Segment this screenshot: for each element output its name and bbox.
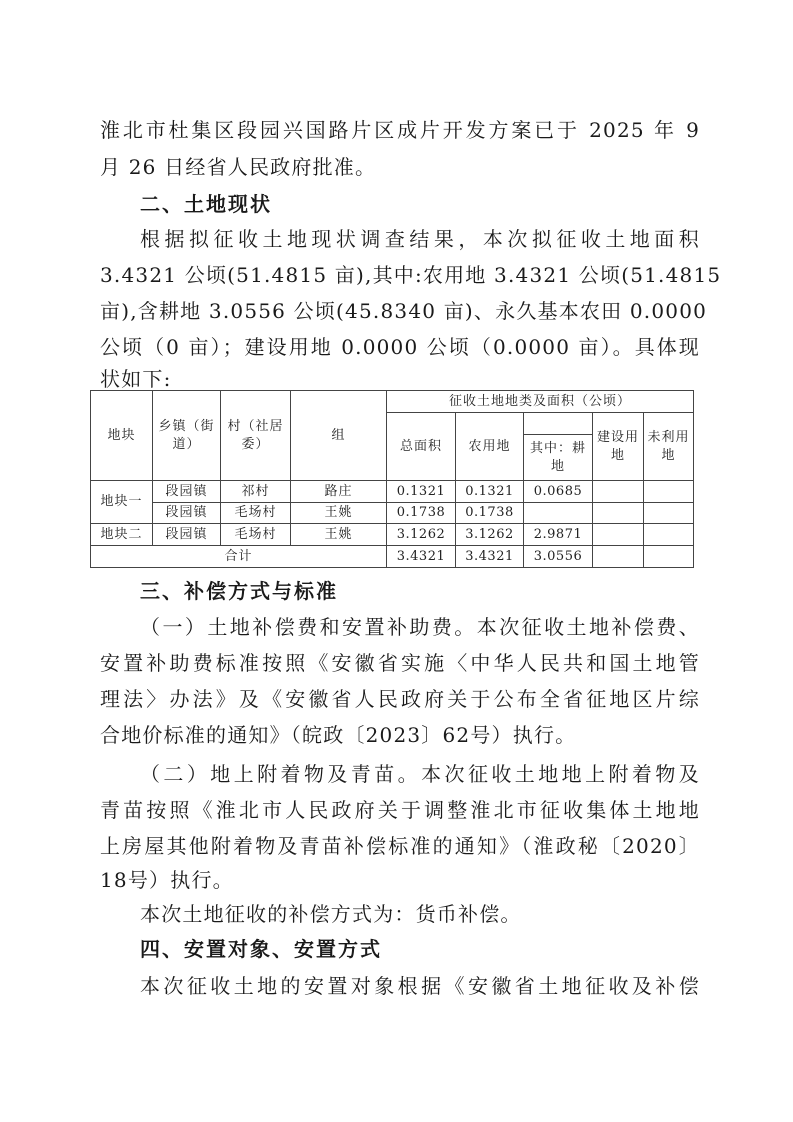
section-2-line-5: 状如下: <box>100 365 700 393</box>
cell-unused <box>644 503 694 524</box>
cell-cultivated: 0.0685 <box>524 481 593 503</box>
section-4-heading: 四、安置对象、安置方式 <box>140 935 700 963</box>
header-town: 乡镇（街道） <box>153 391 221 481</box>
cell-plot: 地块一 <box>91 481 153 524</box>
cell-total-label: 合计 <box>91 546 387 568</box>
section-3-para1-line-1: （一）土地补偿费和安置补助费。本次征收土地补偿费、 <box>140 613 700 641</box>
cell-group: 王姚 <box>291 524 387 546</box>
header-land-group: 征收土地地类及面积（公顷） <box>387 391 694 413</box>
section-3-para1-line-4: 合地价标准的通知》（皖政〔2023〕62号）执行。 <box>100 721 700 749</box>
cell-group: 路庄 <box>291 481 387 503</box>
section-3-para1-line-2: 安置补助费标准按照《安徽省实施〈中华人民共和国土地管 <box>100 649 700 677</box>
cell-cultivated <box>524 503 593 524</box>
cell-agri: 0.1738 <box>456 503 524 524</box>
section-3-para2-line-2: 青苗按照《淮北市人民政府关于调整淮北市征收集体土地地 <box>100 796 700 824</box>
header-plot: 地块 <box>91 391 153 481</box>
section-3-para3: 本次土地征收的补偿方式为：货币补偿。 <box>140 900 700 928</box>
cell-unused <box>644 524 694 546</box>
cell-cultivated: 3.0556 <box>524 546 593 568</box>
cell-construction <box>593 524 644 546</box>
cell-village: 毛场村 <box>221 524 291 546</box>
header-total-area: 总面积 <box>387 413 456 481</box>
section-2-line-4: 公顷（0 亩）；建设用地 0.0000 公顷（0.0000 亩）。具体现 <box>100 333 700 361</box>
cell-total: 3.1262 <box>387 524 456 546</box>
cell-plot: 地块二 <box>91 524 153 546</box>
intro-line-1: 淮北市杜集区段园兴国路片区成片开发方案已于 2025 年 9 <box>100 116 700 144</box>
cell-total: 0.1738 <box>387 503 456 524</box>
cell-town: 段园镇 <box>153 524 221 546</box>
cell-total: 0.1321 <box>387 481 456 503</box>
section-3-heading: 三、补偿方式与标准 <box>140 577 700 605</box>
cell-group: 王姚 <box>291 503 387 524</box>
header-village: 村（社居委） <box>221 391 291 481</box>
header-cultivated-blank <box>524 413 593 435</box>
section-2-line-1: 根据拟征收土地现状调查结果，本次拟征收土地面积 <box>140 225 700 253</box>
cell-agri: 3.1262 <box>456 524 524 546</box>
table-row: 段园镇 毛场村 王姚 0.1738 0.1738 <box>91 503 694 524</box>
section-2-line-3: 亩),含耕地 3.0556 公顷(45.8340 亩)、永久基本农田 0.000… <box>100 297 700 325</box>
section-3-para2-line-1: （二）地上附着物及青苗。本次征收土地地上附着物及 <box>140 760 700 788</box>
cell-cultivated: 2.9871 <box>524 524 593 546</box>
cell-village: 祁村 <box>221 481 291 503</box>
section-2-line-2: 3.4321 公顷(51.4815 亩),其中:农用地 3.4321 公顷(51… <box>100 261 700 289</box>
cell-unused <box>644 481 694 503</box>
header-construction: 建设用地 <box>593 413 644 481</box>
header-group: 组 <box>291 391 387 481</box>
cell-town: 段园镇 <box>153 481 221 503</box>
header-cultivated: 其中：耕地 <box>524 435 593 481</box>
table-row: 地块一 段园镇 祁村 路庄 0.1321 0.1321 0.0685 <box>91 481 694 503</box>
cell-construction <box>593 546 644 568</box>
cell-agri: 3.4321 <box>456 546 524 568</box>
land-status-table: 地块 乡镇（街道） 村（社居委） 组 征收土地地类及面积（公顷） 总面积 农用地… <box>90 390 694 568</box>
section-2-heading: 二、土地现状 <box>140 190 700 218</box>
cell-town: 段园镇 <box>153 503 221 524</box>
section-3-para2-line-3: 上房屋其他附着物及青苗补偿标准的通知》（淮政秘〔2020〕 <box>100 832 700 860</box>
intro-line-2: 月 26 日经省人民政府批准。 <box>100 153 700 181</box>
cell-total: 3.4321 <box>387 546 456 568</box>
cell-unused <box>644 546 694 568</box>
cell-construction <box>593 481 644 503</box>
section-4-line-1: 本次征收土地的安置对象根据《安徽省土地征收及补偿 <box>140 972 700 1000</box>
table-total-row: 合计 3.4321 3.4321 3.0556 <box>91 546 694 568</box>
section-3-para2-line-4: 18号）执行。 <box>100 866 700 894</box>
header-unused: 未利用地 <box>644 413 694 481</box>
cell-agri: 0.1321 <box>456 481 524 503</box>
cell-village: 毛场村 <box>221 503 291 524</box>
header-agri-land: 农用地 <box>456 413 524 481</box>
section-3-para1-line-3: 理法〉办法》及《安徽省人民政府关于公布全省征地区片综 <box>100 685 700 713</box>
table-row: 地块二 段园镇 毛场村 王姚 3.1262 3.1262 2.9871 <box>91 524 694 546</box>
cell-construction <box>593 503 644 524</box>
